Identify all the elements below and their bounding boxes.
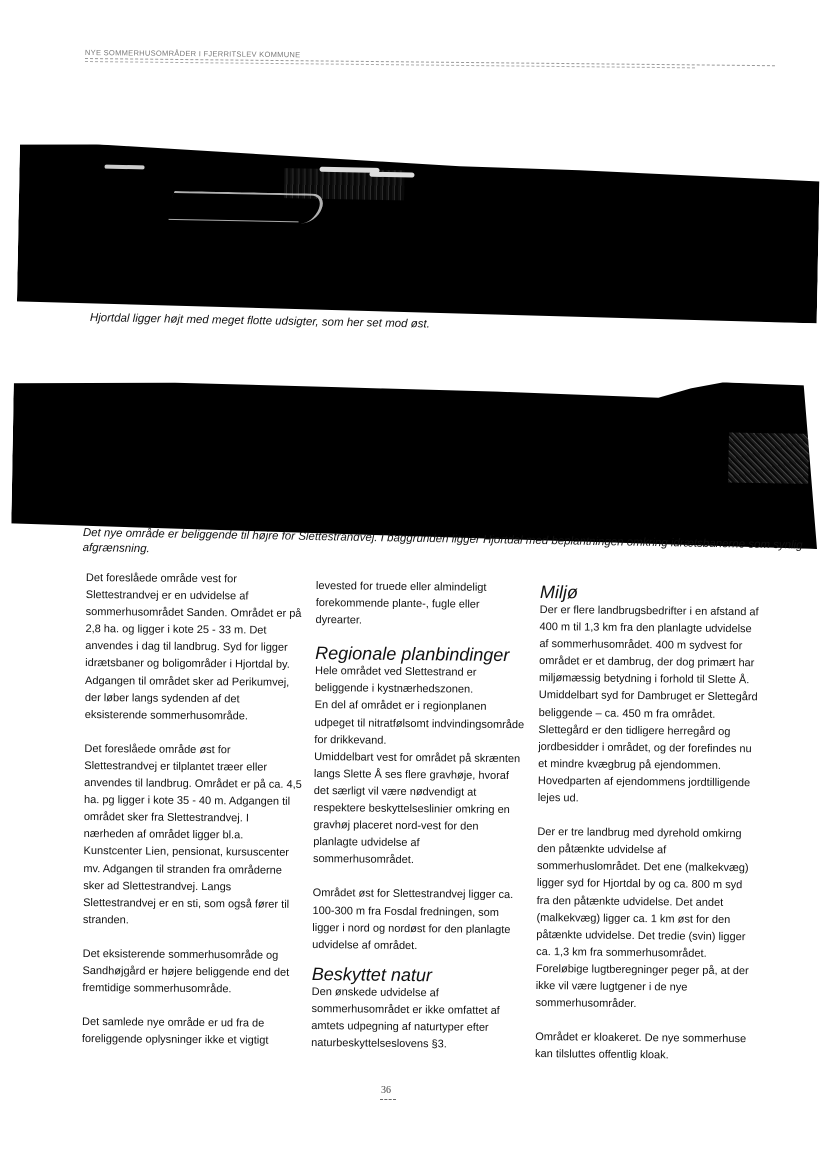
section-heading-regionale-planbindinger: Regionale planbindinger [315, 643, 525, 665]
paragraph: Det samlede nye område er ud fra de fore… [82, 1014, 300, 1050]
page-number-rule [380, 1099, 396, 1100]
paragraph: En del af området er i regionplanen udpe… [314, 697, 525, 750]
photo-highlight [369, 172, 414, 178]
paragraph: Der er flere landbrugsbedrifter i en afs… [538, 602, 760, 809]
paragraph: Området øst for Slettestrandvej ligger c… [312, 885, 523, 956]
paragraph: Det foreslåede område øst for Slettestra… [83, 741, 303, 931]
photo-slettestrandvej-panorama [11, 370, 820, 549]
figure-caption-1: Hjortdal ligger højt med meget flotte ud… [90, 312, 430, 331]
photo-hjortdal-panorama [17, 143, 820, 323]
text-column-1: Det foreslåede område vest for Slettestr… [82, 570, 304, 1067]
paragraph: Hele området ved Slettestrand er beligge… [315, 663, 525, 699]
paragraph: Der er tre landbrug med dyrehold omkirng… [535, 824, 757, 1014]
text-column-2: levested for truede eller almindeligt fo… [311, 578, 526, 1071]
paragraph: levested for truede eller almindeligt fo… [315, 578, 526, 631]
paragraph: Det foreslåede område vest for Slettestr… [85, 570, 304, 726]
photo-texture [728, 432, 809, 483]
paragraph: Den ønskede udvidelse af sommerhusområde… [311, 984, 522, 1055]
text-column-3: Miljø Der er flere landbrugsbedrifter i … [535, 582, 760, 1083]
photo-highlight [105, 165, 145, 170]
paragraph: Området er kloakeret. De nye sommerhuse … [535, 1029, 755, 1065]
section-heading-beskyttet-natur: Beskyttet natur [312, 964, 522, 986]
section-heading-miljo: Miljø [540, 582, 760, 604]
paragraph: Umiddelbart vest for området på skrænten… [313, 749, 524, 871]
page-number: 36 [381, 1085, 391, 1096]
paragraph: Det eksisterende sommerhusområde og Sand… [82, 946, 300, 999]
